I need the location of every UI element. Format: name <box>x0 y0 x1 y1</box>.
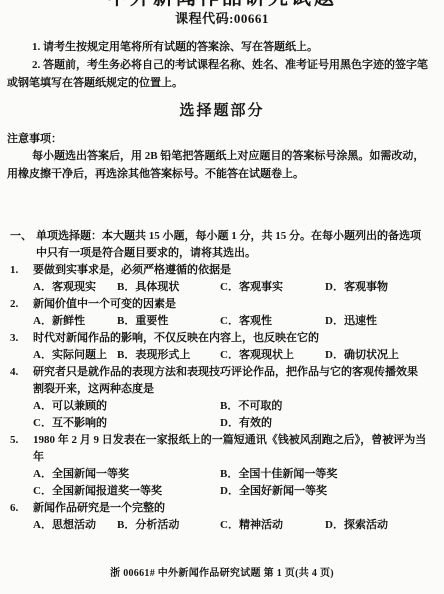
instruction-item-2: 2. 答题前，考生务必将自己的考试课程名称、姓名、准考证号用黑色字迹的签字笔或钢… <box>7 56 428 92</box>
question-stem: 新闻价值中一个可变的因素是 <box>33 296 428 313</box>
option-a: A．新鲜性 <box>33 313 117 330</box>
paper-title-clipped: 中外新闻作品研究试题 <box>0 0 444 9</box>
option-c: C．客观性 <box>220 313 325 330</box>
course-code: 课程代码:00661 <box>0 9 444 28</box>
question-item: 1. 要做到实事求是，必须严格遵循的依据是 A．客观现实 B．具体现状 C．客观… <box>10 262 428 296</box>
option-c: C．客观现状上 <box>220 347 325 364</box>
instructions-block: 1. 请考生按规定用笔将所有试题的答案涂、写在答题纸上。 2. 答题前，考生务必… <box>7 38 428 92</box>
question-item: 3. 时代对新闻作品的影响，不仅反映在内容上，也反映在它的 A．实际问题上 B．… <box>10 330 428 364</box>
option-d: D．确切状况上 <box>325 347 428 364</box>
question-number: 2. <box>10 296 33 330</box>
option-row: A．新鲜性 B．重要性 C．客观性 D．迅速性 <box>33 313 428 330</box>
option-d: D．全国好新闻一等奖 <box>220 483 428 500</box>
question-body: 新闻价值中一个可变的因素是 A．新鲜性 B．重要性 C．客观性 D．迅速性 <box>33 296 428 330</box>
exam-paper-page: 中外新闻作品研究试题 课程代码:00661 1. 请考生按规定用笔将所有试题的答… <box>0 0 444 594</box>
question-item: 5. 1980 年 2 月 9 日发表在一家报纸上的一篇短通讯《钱被风刮跑之后》… <box>10 432 428 500</box>
notice-text: 每小题选出答案后，用 2B 铅笔把答题纸上对应题目的答案标号涂黑。如需改动，用橡… <box>7 148 428 183</box>
part1-number: 一、 <box>10 228 36 262</box>
option-b: B．重要性 <box>117 313 220 330</box>
option-b: B．表现形式上 <box>117 347 220 364</box>
question-item: 2. 新闻价值中一个可变的因素是 A．新鲜性 B．重要性 C．客观性 D．迅速性 <box>10 296 428 330</box>
question-number: 6. <box>10 500 33 534</box>
option-a: A．思想活动 <box>33 517 117 534</box>
question-body: 要做到实事求是，必须严格遵循的依据是 A．客观现实 B．具体现状 C．客观事实 … <box>33 262 428 296</box>
option-row: A．可以兼顾的 B．不可取的 C．互不影响的 D．有效的 <box>33 398 428 432</box>
option-d: D．迅速性 <box>325 313 428 330</box>
question-number: 5. <box>10 432 33 500</box>
question-stem: 要做到实事求是，必须严格遵循的依据是 <box>33 262 428 279</box>
question-number: 4. <box>10 364 33 432</box>
option-d: D．探索活动 <box>325 517 428 534</box>
option-a: A．实际问题上 <box>33 347 117 364</box>
option-c: C．互不影响的 <box>33 415 220 432</box>
question-body: 研究者只是就作品的表现方法和表现技巧评论作品，把作品与它的客观传播效果割裂开来，… <box>33 364 428 432</box>
option-b: B．分析活动 <box>117 517 220 534</box>
option-row: A．客观现实 B．具体现状 C．客观事实 D．客观事物 <box>33 279 428 296</box>
notice-label: 注意事项： <box>7 131 444 148</box>
option-b: B．具体现状 <box>117 279 220 296</box>
question-list: 1. 要做到实事求是，必须严格遵循的依据是 A．客观现实 B．具体现状 C．客观… <box>10 262 428 534</box>
question-number: 1. <box>10 262 33 296</box>
question-body: 时代对新闻作品的影响，不仅反映在内容上，也反映在它的 A．实际问题上 B．表现形… <box>33 330 428 364</box>
question-stem: 新闻作品研究是一个完整的 <box>33 500 428 517</box>
option-c: C．客观事实 <box>220 279 325 296</box>
option-row: A．思想活动 B．分析活动 C．精神活动 D．探索活动 <box>33 517 428 534</box>
option-a: A．客观现实 <box>33 279 117 296</box>
option-d: D．客观事物 <box>325 279 428 296</box>
part1-heading: 一、 单项选择题：本大题共 15 小题，每小题 1 分，共 15 分。在每小题列… <box>10 228 428 262</box>
instruction-item-1: 1. 请考生按规定用笔将所有试题的答案涂、写在答题纸上。 <box>7 38 428 56</box>
option-row: A．全国新闻一等奖 B．全国十佳新闻一等奖 C．全国新闻报道奖一等奖 D．全国好… <box>33 466 428 500</box>
option-row: A．实际问题上 B．表现形式上 C．客观现状上 D．确切状况上 <box>33 347 428 364</box>
option-a: A．可以兼顾的 <box>33 398 220 415</box>
question-body: 新闻作品研究是一个完整的 A．思想活动 B．分析活动 C．精神活动 D．探索活动 <box>33 500 428 534</box>
question-stem: 研究者只是就作品的表现方法和表现技巧评论作品，把作品与它的客观传播效果割裂开来，… <box>33 364 428 398</box>
question-stem: 1980 年 2 月 9 日发表在一家报纸上的一篇短通讯《钱被风刮跑之后》，曾被… <box>33 432 428 466</box>
section-heading: 选择题部分 <box>0 101 444 121</box>
question-item: 6. 新闻作品研究是一个完整的 A．思想活动 B．分析活动 C．精神活动 D．探… <box>10 500 428 534</box>
question-stem: 时代对新闻作品的影响，不仅反映在内容上，也反映在它的 <box>33 330 428 347</box>
option-c: C．精神活动 <box>220 517 325 534</box>
question-body: 1980 年 2 月 9 日发表在一家报纸上的一篇短通讯《钱被风刮跑之后》，曾被… <box>33 432 428 500</box>
option-a: A．全国新闻一等奖 <box>33 466 220 483</box>
option-b: B．全国十佳新闻一等奖 <box>220 466 428 483</box>
option-c: C．全国新闻报道奖一等奖 <box>33 483 220 500</box>
option-d: D．有效的 <box>220 415 428 432</box>
page-footer: 浙 00661# 中外新闻作品研究试题 第 1 页(共 4 页) <box>0 568 444 580</box>
paper-title-text: 中外新闻作品研究试题 <box>0 0 444 9</box>
option-b: B．不可取的 <box>220 398 428 415</box>
question-item: 4. 研究者只是就作品的表现方法和表现技巧评论作品，把作品与它的客观传播效果割裂… <box>10 364 428 432</box>
part1-text: 单项选择题：本大题共 15 小题，每小题 1 分，共 15 分。在每小题列出的备… <box>36 228 428 262</box>
question-number: 3. <box>10 330 33 364</box>
